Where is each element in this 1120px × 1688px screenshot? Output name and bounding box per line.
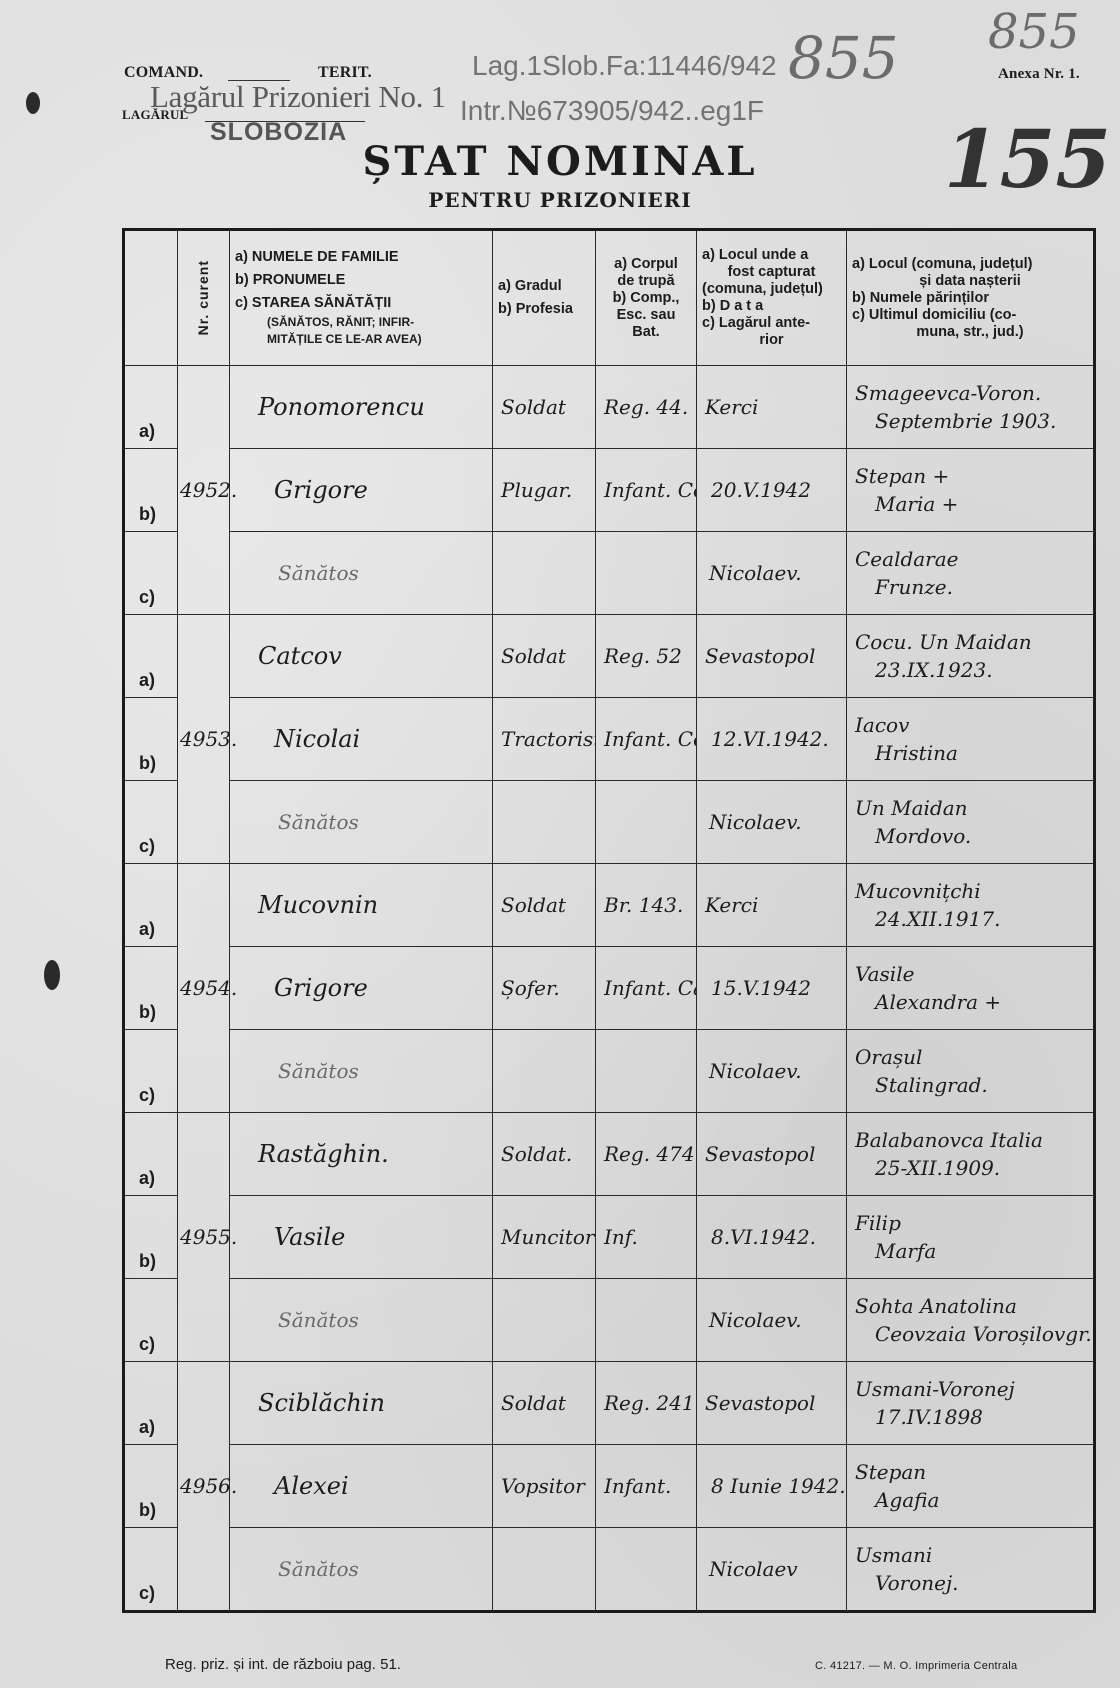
previous-camp-cell: Nicolaev. [697, 1279, 847, 1362]
nr-curent: 4952. [178, 366, 230, 615]
unit-b-cell: Infant. Comp.5. [596, 449, 697, 532]
health-cell: Sănătos [230, 1528, 493, 1612]
first-name-cell: Alexei [230, 1445, 493, 1528]
row-label-a: a) [124, 615, 178, 698]
header-nr-curent: Nr. curent [178, 230, 230, 366]
health-cell: Sănătos [230, 532, 493, 615]
prisoner-row-c: c) Sănătos Nicolaev UsmaniVoronej. [124, 1528, 1095, 1612]
rank-cell: Soldat [493, 366, 596, 449]
unit-a-cell: Reg. 52 [596, 615, 697, 698]
profession-cell: Vopsitor [493, 1445, 596, 1528]
empty-cell [493, 1030, 596, 1113]
annex-label: Anexa Nr. 1. [998, 66, 1080, 83]
registry-stamp-line1: Lag.1Slob.Fa:11446/942 [472, 50, 777, 82]
domicile-cell: CealdaraeFrunze. [847, 532, 1095, 615]
header-rank: a) Gradul b) Profesia [493, 230, 596, 366]
unit-b-cell: Infant. Cav. sanitară [596, 947, 697, 1030]
folio-number-overlay: 855 [788, 24, 899, 92]
row-label-b: b) [124, 698, 178, 781]
empty-cell [596, 1528, 697, 1612]
empty-cell [596, 781, 697, 864]
prisoner-row-a: a) 4953. Catcov Soldat Reg. 52 Sevastopo… [124, 615, 1095, 698]
surname-cell: Rastăghin. [230, 1113, 493, 1196]
footer-regulation-ref: Reg. priz. și int. de războiu pag. 51. [165, 1656, 401, 1673]
header-label-col [124, 230, 178, 366]
capture-place-cell: Kerci [697, 366, 847, 449]
prisoner-row-b: b) Vasile Muncitor Inf. 8.VI.1942. Filip… [124, 1196, 1095, 1279]
row-label-b: b) [124, 1196, 178, 1279]
previous-camp-cell: Nicolaev. [697, 532, 847, 615]
capture-date-cell: 12.VI.1942. [697, 698, 847, 781]
unit-a-cell: Br. 143. [596, 864, 697, 947]
surname-cell: Mucovnin [230, 864, 493, 947]
nr-curent: 4956. [178, 1362, 230, 1612]
unit-b-cell: Infant. Comp. 6. [596, 698, 697, 781]
parents-cell: FilipMarfa [847, 1196, 1095, 1279]
header-capture: a) Locul unde afost capturat(comuna, jud… [697, 230, 847, 366]
prisoner-row-c: c) Sănătos Nicolaev. Un MaidanMordovo. [124, 781, 1095, 864]
rank-cell: Soldat [493, 864, 596, 947]
prisoner-row-b: b) Alexei Vopsitor Infant. 8 Iunie 1942.… [124, 1445, 1095, 1528]
unit-a-cell: Reg. 474. [596, 1113, 697, 1196]
prisoner-register-table: Nr. curent a) NUMELE DE FAMILIE b) PRONU… [122, 228, 1096, 1613]
first-name-cell: Nicolai [230, 698, 493, 781]
prisoner-row-a: a) 4954. Mucovnin Soldat Br. 143. Kerci … [124, 864, 1095, 947]
nr-curent: 4953. [178, 615, 230, 864]
nr-curent: 4954. [178, 864, 230, 1113]
header-name: a) NUMELE DE FAMILIE b) PRONUMELE c) STA… [230, 230, 493, 366]
capture-date-cell: 8 Iunie 1942. [697, 1445, 847, 1528]
birth-cell: Smageevca-Voron.Septembrie 1903. [847, 366, 1095, 449]
row-label-a: a) [124, 1113, 178, 1196]
empty-cell [493, 1528, 596, 1612]
unit-a-cell: Reg. 241. [596, 1362, 697, 1445]
row-label-c: c) [124, 532, 178, 615]
footer-printer-mark: C. 41217. — M. O. Imprimeria Centrala [815, 1660, 1017, 1672]
capture-date-cell: 20.V.1942 [697, 449, 847, 532]
birth-cell: Usmani-Voronej17.IV.1898 [847, 1362, 1095, 1445]
prisoner-row-b: b) Grigore Șofer. Infant. Cav. sanitară … [124, 947, 1095, 1030]
prisoner-row-b: b) Nicolai Tractorist. Infant. Comp. 6. … [124, 698, 1095, 781]
empty-cell [493, 532, 596, 615]
health-cell: Sănătos [230, 1030, 493, 1113]
row-label-c: c) [124, 1279, 178, 1362]
previous-camp-cell: Nicolaev. [697, 781, 847, 864]
rank-cell: Soldat. [493, 1113, 596, 1196]
prisoner-row-b: b) Grigore Plugar. Infant. Comp.5. 20.V.… [124, 449, 1095, 532]
unit-a-cell: Reg. 44. [596, 366, 697, 449]
profession-cell: Muncitor [493, 1196, 596, 1279]
empty-cell [596, 1279, 697, 1362]
folio-number-top: 855 [988, 4, 1080, 60]
profession-cell: Tractorist. [493, 698, 596, 781]
capture-place-cell: Kerci [697, 864, 847, 947]
row-label-b: b) [124, 449, 178, 532]
prisoner-row-c: c) Sănătos Nicolaev. Sohta AnatolinaCeov… [124, 1279, 1095, 1362]
rank-cell: Soldat [493, 1362, 596, 1445]
binder-hole [44, 960, 60, 990]
capture-place-cell: Sevastopol [697, 615, 847, 698]
surname-cell: Catcov [230, 615, 493, 698]
domicile-cell: Un MaidanMordovo. [847, 781, 1095, 864]
page-title: ȘTAT NOMINAL [0, 138, 1120, 185]
prisoner-row-a: a) 4955. Rastăghin. Soldat. Reg. 474. Se… [124, 1113, 1095, 1196]
birth-cell: Balabanovca Italia25-XII.1909. [847, 1113, 1095, 1196]
rank-cell: Soldat [493, 615, 596, 698]
capture-place-cell: Sevastopol [697, 1362, 847, 1445]
birth-cell: Cocu. Un Maidan23.IX.1923. [847, 615, 1095, 698]
capture-date-cell: 15.V.1942 [697, 947, 847, 1030]
header-origin: a) Locul (comuna, județul)și data nașter… [847, 230, 1095, 366]
parents-cell: Stepan +Maria + [847, 449, 1095, 532]
row-label-a: a) [124, 1362, 178, 1445]
row-label-b: b) [124, 1445, 178, 1528]
profession-cell: Șofer. [493, 947, 596, 1030]
row-label-a: a) [124, 366, 178, 449]
registry-stamp-line2: Intr.№673905/942..eg1F [460, 95, 764, 127]
header-unit: a) Corpulde trupăb) Comp.,Esc. sauBat. [596, 230, 697, 366]
health-cell: Sănătos [230, 781, 493, 864]
birth-cell: Mucovnițchi24.XII.1917. [847, 864, 1095, 947]
health-cell: Sănătos [230, 1279, 493, 1362]
capture-place-cell: Sevastopol [697, 1113, 847, 1196]
prisoner-row-a: a) 4952. Ponomorencu Soldat Reg. 44. Ker… [124, 366, 1095, 449]
page-subtitle: PENTRU PRIZONIERI [0, 188, 1120, 212]
domicile-cell: Sohta AnatolinaCeovzaia Voroșilovgr. [847, 1279, 1095, 1362]
previous-camp-cell: Nicolaev. [697, 1030, 847, 1113]
unit-b-cell: Infant. [596, 1445, 697, 1528]
unit-b-cell: Inf. [596, 1196, 697, 1279]
domicile-cell: OrașulStalingrad. [847, 1030, 1095, 1113]
row-label-c: c) [124, 1030, 178, 1113]
profession-cell: Plugar. [493, 449, 596, 532]
empty-cell [493, 1279, 596, 1362]
first-name-cell: Grigore [230, 947, 493, 1030]
surname-cell: Sciblăchin [230, 1362, 493, 1445]
empty-cell [596, 1030, 697, 1113]
empty-cell [596, 532, 697, 615]
row-label-c: c) [124, 1528, 178, 1612]
row-label-c: c) [124, 781, 178, 864]
camp-stamp: Lagărul Prizonieri No. 1 [150, 79, 446, 115]
capture-date-cell: 8.VI.1942. [697, 1196, 847, 1279]
row-label-a: a) [124, 864, 178, 947]
previous-camp-cell: Nicolaev [697, 1528, 847, 1612]
binder-hole [26, 92, 40, 114]
prisoner-row-c: c) Sănătos Nicolaev. CealdaraeFrunze. [124, 532, 1095, 615]
row-label-b: b) [124, 947, 178, 1030]
prisoner-row-c: c) Sănătos Nicolaev. OrașulStalingrad. [124, 1030, 1095, 1113]
surname-cell: Ponomorencu [230, 366, 493, 449]
nr-curent: 4955. [178, 1113, 230, 1362]
domicile-cell: UsmaniVoronej. [847, 1528, 1095, 1612]
table-header-row: Nr. curent a) NUMELE DE FAMILIE b) PRONU… [124, 230, 1095, 366]
prisoner-row-a: a) 4956. Sciblăchin Soldat Reg. 241. Sev… [124, 1362, 1095, 1445]
parents-cell: IacovHristina [847, 698, 1095, 781]
parents-cell: VasileAlexandra + [847, 947, 1095, 1030]
first-name-cell: Vasile [230, 1196, 493, 1279]
parents-cell: StepanAgafia [847, 1445, 1095, 1528]
first-name-cell: Grigore [230, 449, 493, 532]
empty-cell [493, 781, 596, 864]
